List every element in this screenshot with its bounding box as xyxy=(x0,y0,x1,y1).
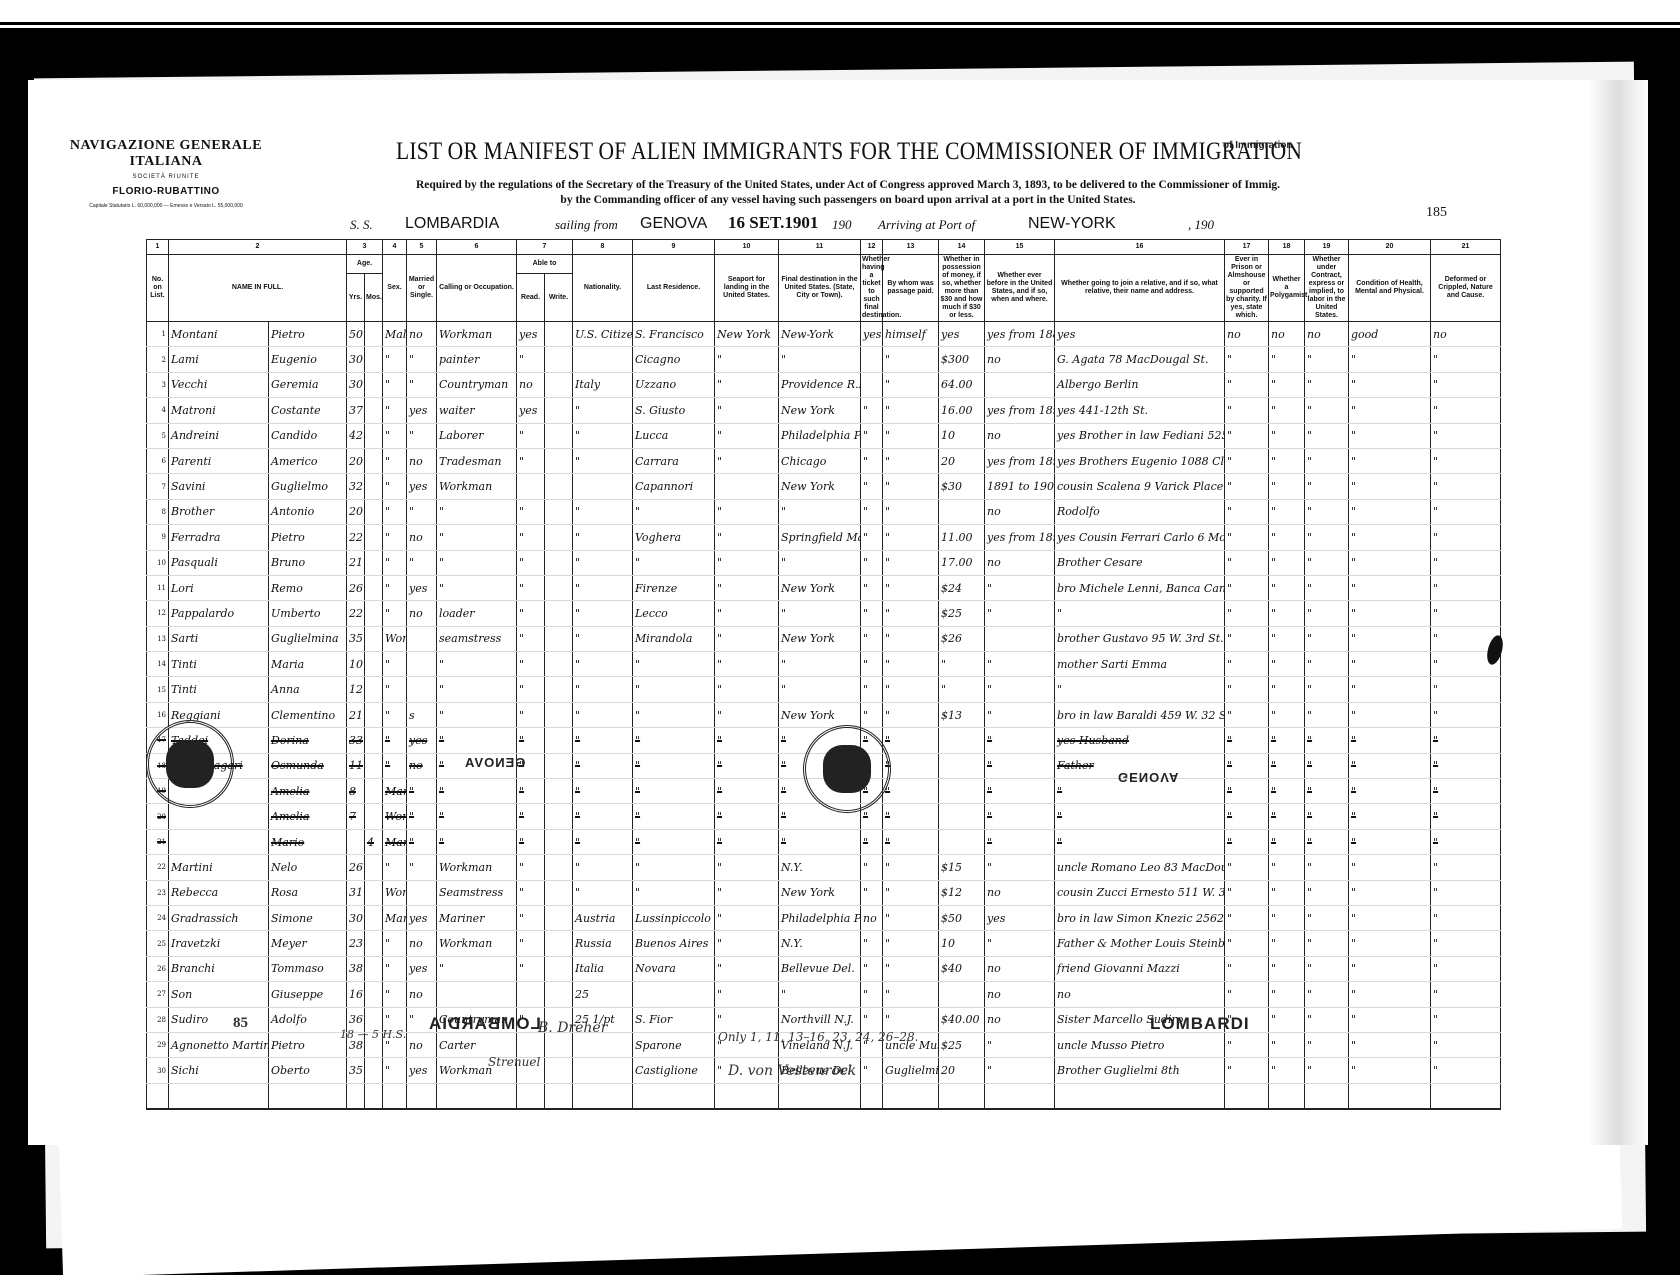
manifest-table: 123456789101112131415161718192021 No. on… xyxy=(146,239,1501,1110)
cell-yrs xyxy=(347,829,365,854)
col-num-7: 7 xyxy=(517,240,573,255)
cell-health: " xyxy=(1349,448,1431,473)
cell-mos xyxy=(365,905,383,930)
cell-prison: " xyxy=(1225,575,1269,600)
cell-destination: New York xyxy=(779,880,861,905)
cell-destination: " xyxy=(779,982,861,1007)
footer-cell xyxy=(1055,1083,1225,1109)
cell-ticket xyxy=(861,372,883,397)
cell-paid-by: " xyxy=(883,423,939,448)
cell-contract: " xyxy=(1305,677,1349,702)
manifest-row: 11LoriRemo26"yes"""Firenze"New York""$24… xyxy=(147,575,1501,600)
cell-money: $25 xyxy=(939,1032,985,1057)
cell-ticket: " xyxy=(861,652,883,677)
cell-destination: Philadelphia Pa. xyxy=(779,423,861,448)
cell-married: " xyxy=(407,372,437,397)
cell-occupation: Laborer xyxy=(437,423,517,448)
genova-stamp-upside: GENOVA xyxy=(1118,770,1179,785)
cell-occupation: Mariner xyxy=(437,905,517,930)
cell-paid-by: " xyxy=(883,982,939,1007)
cell-given: Candido xyxy=(269,423,347,448)
cell-deformed: " xyxy=(1431,753,1501,778)
footer-cell xyxy=(383,1083,407,1109)
cell-relative: bro in law Baraldi 459 W. 32 St. xyxy=(1055,702,1225,727)
cell-sex: Man xyxy=(383,829,407,854)
cell-residence: Sparone xyxy=(633,1032,715,1057)
cell-given: Pietro xyxy=(269,322,347,347)
cell-surname: Iravetzki xyxy=(169,931,269,956)
cell-surname: Brother xyxy=(169,499,269,524)
cell-before xyxy=(985,626,1055,651)
cell-mos xyxy=(365,322,383,347)
cell-deformed: " xyxy=(1431,398,1501,423)
cell-married: no xyxy=(407,525,437,550)
cell-destination: Philadelphia Pa. xyxy=(779,905,861,930)
cell-ticket: " xyxy=(861,677,883,702)
cell-read: " xyxy=(517,626,545,651)
cell-destination: " xyxy=(779,652,861,677)
cell-seaport: " xyxy=(715,372,779,397)
cell-nationality: " xyxy=(573,880,633,905)
cell-surname: Andreini xyxy=(169,423,269,448)
cell-mos xyxy=(365,982,383,1007)
col-num-13: 13 xyxy=(883,240,939,255)
cell-nationality: " xyxy=(573,550,633,575)
cell-surname: Gradrassich xyxy=(169,905,269,930)
cell-money: $24 xyxy=(939,575,985,600)
cell-yrs: 20 xyxy=(347,499,365,524)
cell-before: " xyxy=(985,702,1055,727)
cell-deformed: " xyxy=(1431,728,1501,753)
cell-yrs: 8 xyxy=(347,779,365,804)
cell-given: Amelia xyxy=(269,779,347,804)
cell-nationality: " xyxy=(573,779,633,804)
cell-write xyxy=(545,855,573,880)
footer-cell xyxy=(407,1083,437,1109)
ship-name: LOMBARDIA xyxy=(405,215,499,233)
cell-paid-by: " xyxy=(883,855,939,880)
cell-no: 30 xyxy=(147,1058,169,1083)
cell-surname xyxy=(169,829,269,854)
cell-before: yes from 1891 to 1900 xyxy=(985,448,1055,473)
manifest-row: 27SonGiuseppe16"no25""""nono""""" xyxy=(147,982,1501,1007)
cell-polygamist: " xyxy=(1269,601,1305,626)
cell-nationality: Italia xyxy=(573,956,633,981)
cell-money: 20 xyxy=(939,1058,985,1083)
cell-relative: friend Giovanni Mazzi xyxy=(1055,956,1225,981)
cell-mos xyxy=(365,372,383,397)
cell-money xyxy=(939,753,985,778)
cell-ticket: " xyxy=(861,1007,883,1032)
cell-yrs: 33 xyxy=(347,728,365,753)
cell-write xyxy=(545,626,573,651)
cell-health: " xyxy=(1349,423,1431,448)
cell-destination: " xyxy=(779,829,861,854)
cell-mos xyxy=(365,525,383,550)
cell-yrs: 42 xyxy=(347,423,365,448)
cell-sex: " xyxy=(383,728,407,753)
column-header-5: Married or Single. xyxy=(407,255,437,322)
cell-mos xyxy=(365,601,383,626)
cell-paid-by: " xyxy=(883,398,939,423)
cell-married: " xyxy=(407,829,437,854)
cell-occupation: waiter xyxy=(437,398,517,423)
cell-prison: " xyxy=(1225,626,1269,651)
footer-cell xyxy=(861,1083,883,1109)
footer-cell xyxy=(883,1083,939,1109)
cell-before: yes from 1897 to 1900 xyxy=(985,398,1055,423)
cell-sex: " xyxy=(383,702,407,727)
cell-contract: " xyxy=(1305,728,1349,753)
cell-prison: no xyxy=(1225,322,1269,347)
cell-sex: " xyxy=(383,753,407,778)
cell-polygamist: " xyxy=(1269,499,1305,524)
cell-contract: " xyxy=(1305,982,1349,1007)
cell-read: " xyxy=(517,855,545,880)
col-num-9: 9 xyxy=(633,240,715,255)
seal-emblem-icon xyxy=(823,745,871,793)
cell-before: " xyxy=(985,779,1055,804)
column-header-11: Final destination in the United States. … xyxy=(779,255,861,322)
cell-prison: " xyxy=(1225,702,1269,727)
column-header-17: Ever in Prison or Almshouse or supported… xyxy=(1225,255,1269,322)
cell-residence: " xyxy=(633,702,715,727)
cell-yrs: 7 xyxy=(347,804,365,829)
cell-given: Rosa xyxy=(269,880,347,905)
cell-read xyxy=(517,474,545,499)
cell-deformed: " xyxy=(1431,779,1501,804)
cell-nationality: " xyxy=(573,575,633,600)
sailing-label: sailing from xyxy=(555,217,618,233)
cell-contract: no xyxy=(1305,322,1349,347)
manifest-footer-row xyxy=(147,1083,1501,1109)
column-header-10: Seaport for landing in the United States… xyxy=(715,255,779,322)
cell-before: yes from 1884 to 1901 xyxy=(985,322,1055,347)
cell-money: $15 xyxy=(939,855,985,880)
column-header-21: Deformed or Crippled, Nature and Cause. xyxy=(1431,255,1501,322)
cell-prison: " xyxy=(1225,372,1269,397)
cell-relative: cousin Zucci Ernesto 511 W. 30th St. xyxy=(1055,880,1225,905)
cell-surname: Sudiro xyxy=(169,1007,269,1032)
manifest-row: 23RebeccaRosa31WomSeamstress""""New York… xyxy=(147,880,1501,905)
cell-paid-by: " xyxy=(883,804,939,829)
cell-money: 16.00 xyxy=(939,398,985,423)
cell-residence: S. Giusto xyxy=(633,398,715,423)
cell-read: " xyxy=(517,702,545,727)
cell-no: 5 xyxy=(147,423,169,448)
cell-occupation: seamstress xyxy=(437,626,517,651)
year-suffix: 190 xyxy=(832,217,852,233)
cell-given: Clementino xyxy=(269,702,347,727)
cell-given: Eugenio xyxy=(269,347,347,372)
cell-deformed: " xyxy=(1431,525,1501,550)
cell-contract: " xyxy=(1305,398,1349,423)
cell-ticket: " xyxy=(861,525,883,550)
cell-contract: " xyxy=(1305,1032,1349,1057)
cell-deformed: " xyxy=(1431,1007,1501,1032)
cell-given: Guglielmo xyxy=(269,474,347,499)
cell-married: " xyxy=(407,779,437,804)
cell-contract: " xyxy=(1305,779,1349,804)
cell-occupation: " xyxy=(437,525,517,550)
cell-sex: " xyxy=(383,347,407,372)
cell-paid-by: " xyxy=(883,905,939,930)
cell-no: 11 xyxy=(147,575,169,600)
cell-given: Americo xyxy=(269,448,347,473)
cell-relative: yes 441-12th St. xyxy=(1055,398,1225,423)
cell-destination: Bellevue Del. xyxy=(779,956,861,981)
cell-surname: Pasquali xyxy=(169,550,269,575)
cell-given: Dorina xyxy=(269,728,347,753)
cell-residence: Cicagno xyxy=(633,347,715,372)
cell-occupation: loader xyxy=(437,601,517,626)
cell-no: 21 xyxy=(147,829,169,854)
cell-health: " xyxy=(1349,626,1431,651)
cell-residence: Castiglione xyxy=(633,1058,715,1083)
manifest-row: 14TintiMaria10"""""""""""mother Sarti Em… xyxy=(147,652,1501,677)
cell-before: no xyxy=(985,347,1055,372)
cell-no: 1 xyxy=(147,322,169,347)
manifest-row: 7SaviniGuglielmo32"yesWorkmanCapannoriNe… xyxy=(147,474,1501,499)
cell-before: " xyxy=(985,728,1055,753)
cell-write xyxy=(545,779,573,804)
manifest-row: 20Amelia7Wom"""""""""""""""" xyxy=(147,804,1501,829)
cell-married xyxy=(407,652,437,677)
cell-relative: yes Cousin Ferrari Carlo 6 Moreland Road xyxy=(1055,525,1225,550)
cell-paid-by: " xyxy=(883,880,939,905)
cell-paid-by: " xyxy=(883,652,939,677)
cell-destination: " xyxy=(779,499,861,524)
cell-yrs: 26 xyxy=(347,855,365,880)
cell-seaport: " xyxy=(715,804,779,829)
col-num-18: 18 xyxy=(1269,240,1305,255)
cell-no: 23 xyxy=(147,880,169,905)
manifest-row: 5AndreiniCandido42""Laborer""Lucca"Phila… xyxy=(147,423,1501,448)
cell-prison: " xyxy=(1225,550,1269,575)
cell-contract: " xyxy=(1305,1058,1349,1083)
cell-before: yes xyxy=(985,905,1055,930)
port-seal-stamp-center xyxy=(803,725,891,813)
cell-polygamist: " xyxy=(1269,550,1305,575)
cell-nationality: Austria xyxy=(573,905,633,930)
cell-prison: " xyxy=(1225,728,1269,753)
cell-destination: N.Y. xyxy=(779,855,861,880)
cell-money xyxy=(939,829,985,854)
cell-contract: " xyxy=(1305,804,1349,829)
manifest-row: 1MontaniPietro50MalenoWorkmanyesU.S. Cit… xyxy=(147,322,1501,347)
footer-cell xyxy=(1305,1083,1349,1109)
cell-read: " xyxy=(517,779,545,804)
cell-married: no xyxy=(407,931,437,956)
cell-occupation: Workman xyxy=(437,855,517,880)
cell-nationality: Russia xyxy=(573,931,633,956)
cell-nationality xyxy=(573,1032,633,1057)
cell-deformed: " xyxy=(1431,1032,1501,1057)
cell-no: 26 xyxy=(147,956,169,981)
cell-money: 10 xyxy=(939,423,985,448)
cell-money: 17.00 xyxy=(939,550,985,575)
cell-surname xyxy=(169,804,269,829)
cell-seaport: " xyxy=(715,652,779,677)
cell-occupation: " xyxy=(437,728,517,753)
cell-occupation: " xyxy=(437,677,517,702)
cell-married xyxy=(407,677,437,702)
cell-residence: " xyxy=(633,652,715,677)
cell-yrs: 21 xyxy=(347,702,365,727)
cell-surname: Tinti xyxy=(169,677,269,702)
cell-occupation: " xyxy=(437,550,517,575)
cell-seaport: " xyxy=(715,448,779,473)
cell-seaport: " xyxy=(715,398,779,423)
column-header-1: No. on List. xyxy=(147,255,169,322)
cell-polygamist: " xyxy=(1269,652,1305,677)
cell-read: " xyxy=(517,448,545,473)
cell-seaport: " xyxy=(715,931,779,956)
cell-married: no xyxy=(407,1032,437,1057)
cell-residence: Firenze xyxy=(633,575,715,600)
cell-paid-by: " xyxy=(883,525,939,550)
cell-relative: bro Michele Lenni, Banca Cantoni xyxy=(1055,575,1225,600)
page-edge xyxy=(1588,80,1648,1145)
column-header-12: Whether having a ticket to such final de… xyxy=(861,255,883,322)
cell-contract: " xyxy=(1305,626,1349,651)
cell-residence: Mirandola xyxy=(633,626,715,651)
cell-money: " xyxy=(939,652,985,677)
column-subheader-7-2: Write. xyxy=(545,274,573,322)
cell-no: 2 xyxy=(147,347,169,372)
col-num-16: 16 xyxy=(1055,240,1225,255)
signature-3: Strenuel xyxy=(488,1055,540,1069)
cell-sex: Wom xyxy=(383,880,407,905)
cell-write xyxy=(545,931,573,956)
cell-sex: " xyxy=(383,1058,407,1083)
cell-occupation: Workman xyxy=(437,931,517,956)
cell-occupation: " xyxy=(437,829,517,854)
cell-seaport: " xyxy=(715,728,779,753)
cell-money: 10 xyxy=(939,931,985,956)
cell-paid-by: " xyxy=(883,779,939,804)
cell-health: " xyxy=(1349,931,1431,956)
cell-relative: brother Gustavo 95 W. 3rd St. xyxy=(1055,626,1225,651)
corner-stamp-text: of Immigration xyxy=(1223,140,1292,151)
cell-write xyxy=(545,372,573,397)
cell-prison: " xyxy=(1225,804,1269,829)
cell-write xyxy=(545,1058,573,1083)
cell-married: no xyxy=(407,982,437,1007)
cell-yrs: 23 xyxy=(347,931,365,956)
genova-stamp-reversed: GENOVA xyxy=(464,755,525,770)
cell-mos xyxy=(365,779,383,804)
cell-seaport: " xyxy=(715,499,779,524)
cell-surname: Sarti xyxy=(169,626,269,651)
col-num-6: 6 xyxy=(437,240,517,255)
manifest-row: 22MartiniNelo26""Workman""""N.Y.""$15"un… xyxy=(147,855,1501,880)
cell-no: 13 xyxy=(147,626,169,651)
cell-seaport: " xyxy=(715,829,779,854)
cell-money xyxy=(939,728,985,753)
cell-mos xyxy=(365,931,383,956)
cell-relative: " xyxy=(1055,804,1225,829)
cell-polygamist: " xyxy=(1269,626,1305,651)
cell-write xyxy=(545,347,573,372)
cell-ticket: " xyxy=(861,448,883,473)
cell-before: " xyxy=(985,601,1055,626)
cell-paid-by: " xyxy=(883,702,939,727)
cell-write xyxy=(545,677,573,702)
cell-married: no xyxy=(407,322,437,347)
cell-health: " xyxy=(1349,702,1431,727)
cell-contract: " xyxy=(1305,499,1349,524)
cell-write xyxy=(545,398,573,423)
cell-money: $40.00 xyxy=(939,1007,985,1032)
footer-cell xyxy=(147,1083,169,1109)
cell-relative: " xyxy=(1055,601,1225,626)
port-from: GENOVA xyxy=(640,215,707,233)
cell-seaport: " xyxy=(715,347,779,372)
cell-before: " xyxy=(985,829,1055,854)
cell-mos: 4 xyxy=(365,829,383,854)
footer-cell xyxy=(1431,1083,1501,1109)
page-number: 185 xyxy=(1426,205,1447,221)
cell-money: 20 xyxy=(939,448,985,473)
cell-given: Antonio xyxy=(269,499,347,524)
cell-residence: " xyxy=(633,829,715,854)
cell-married: " xyxy=(407,423,437,448)
cell-contract: " xyxy=(1305,905,1349,930)
cell-mos xyxy=(365,1058,383,1083)
cell-ticket: " xyxy=(861,880,883,905)
signature-2: D. von Vestenrock xyxy=(728,1063,856,1079)
cell-read: " xyxy=(517,575,545,600)
cell-health: " xyxy=(1349,575,1431,600)
cell-prison: " xyxy=(1225,525,1269,550)
cell-money xyxy=(939,779,985,804)
column-header-15: Whether ever before in the United States… xyxy=(985,255,1055,322)
cell-health: " xyxy=(1349,880,1431,905)
cell-ticket: " xyxy=(861,626,883,651)
cell-no: 3 xyxy=(147,372,169,397)
shipping-company-header: NAVIGAZIONE GENERALE ITALIANA SOCIETÀ RI… xyxy=(56,138,276,209)
footer-cell xyxy=(517,1083,545,1109)
cell-relative: uncle Musso Pietro xyxy=(1055,1032,1225,1057)
cell-residence: " xyxy=(633,855,715,880)
cell-ticket xyxy=(861,347,883,372)
cell-paid-by: " xyxy=(883,575,939,600)
cell-destination: New-York xyxy=(779,322,861,347)
cell-yrs: 30 xyxy=(347,347,365,372)
cell-nationality xyxy=(573,474,633,499)
cell-surname: Son xyxy=(169,982,269,1007)
cell-surname: Parenti xyxy=(169,448,269,473)
cell-yrs: 31 xyxy=(347,880,365,905)
cell-read: yes xyxy=(517,322,545,347)
cell-relative: G. Agata 78 MacDougal St. xyxy=(1055,347,1225,372)
cell-sex: " xyxy=(383,601,407,626)
cell-write xyxy=(545,525,573,550)
cell-no: 28 xyxy=(147,1007,169,1032)
cell-before: 1891 to 1900 xyxy=(985,474,1055,499)
cell-polygamist: " xyxy=(1269,728,1305,753)
cell-health: " xyxy=(1349,956,1431,981)
cell-ticket: " xyxy=(861,499,883,524)
cell-nationality: " xyxy=(573,398,633,423)
cell-health: " xyxy=(1349,905,1431,930)
col-num-4: 4 xyxy=(383,240,407,255)
cell-deformed: no xyxy=(1431,322,1501,347)
cell-seaport: " xyxy=(715,702,779,727)
cell-write xyxy=(545,804,573,829)
col-num-20: 20 xyxy=(1349,240,1431,255)
